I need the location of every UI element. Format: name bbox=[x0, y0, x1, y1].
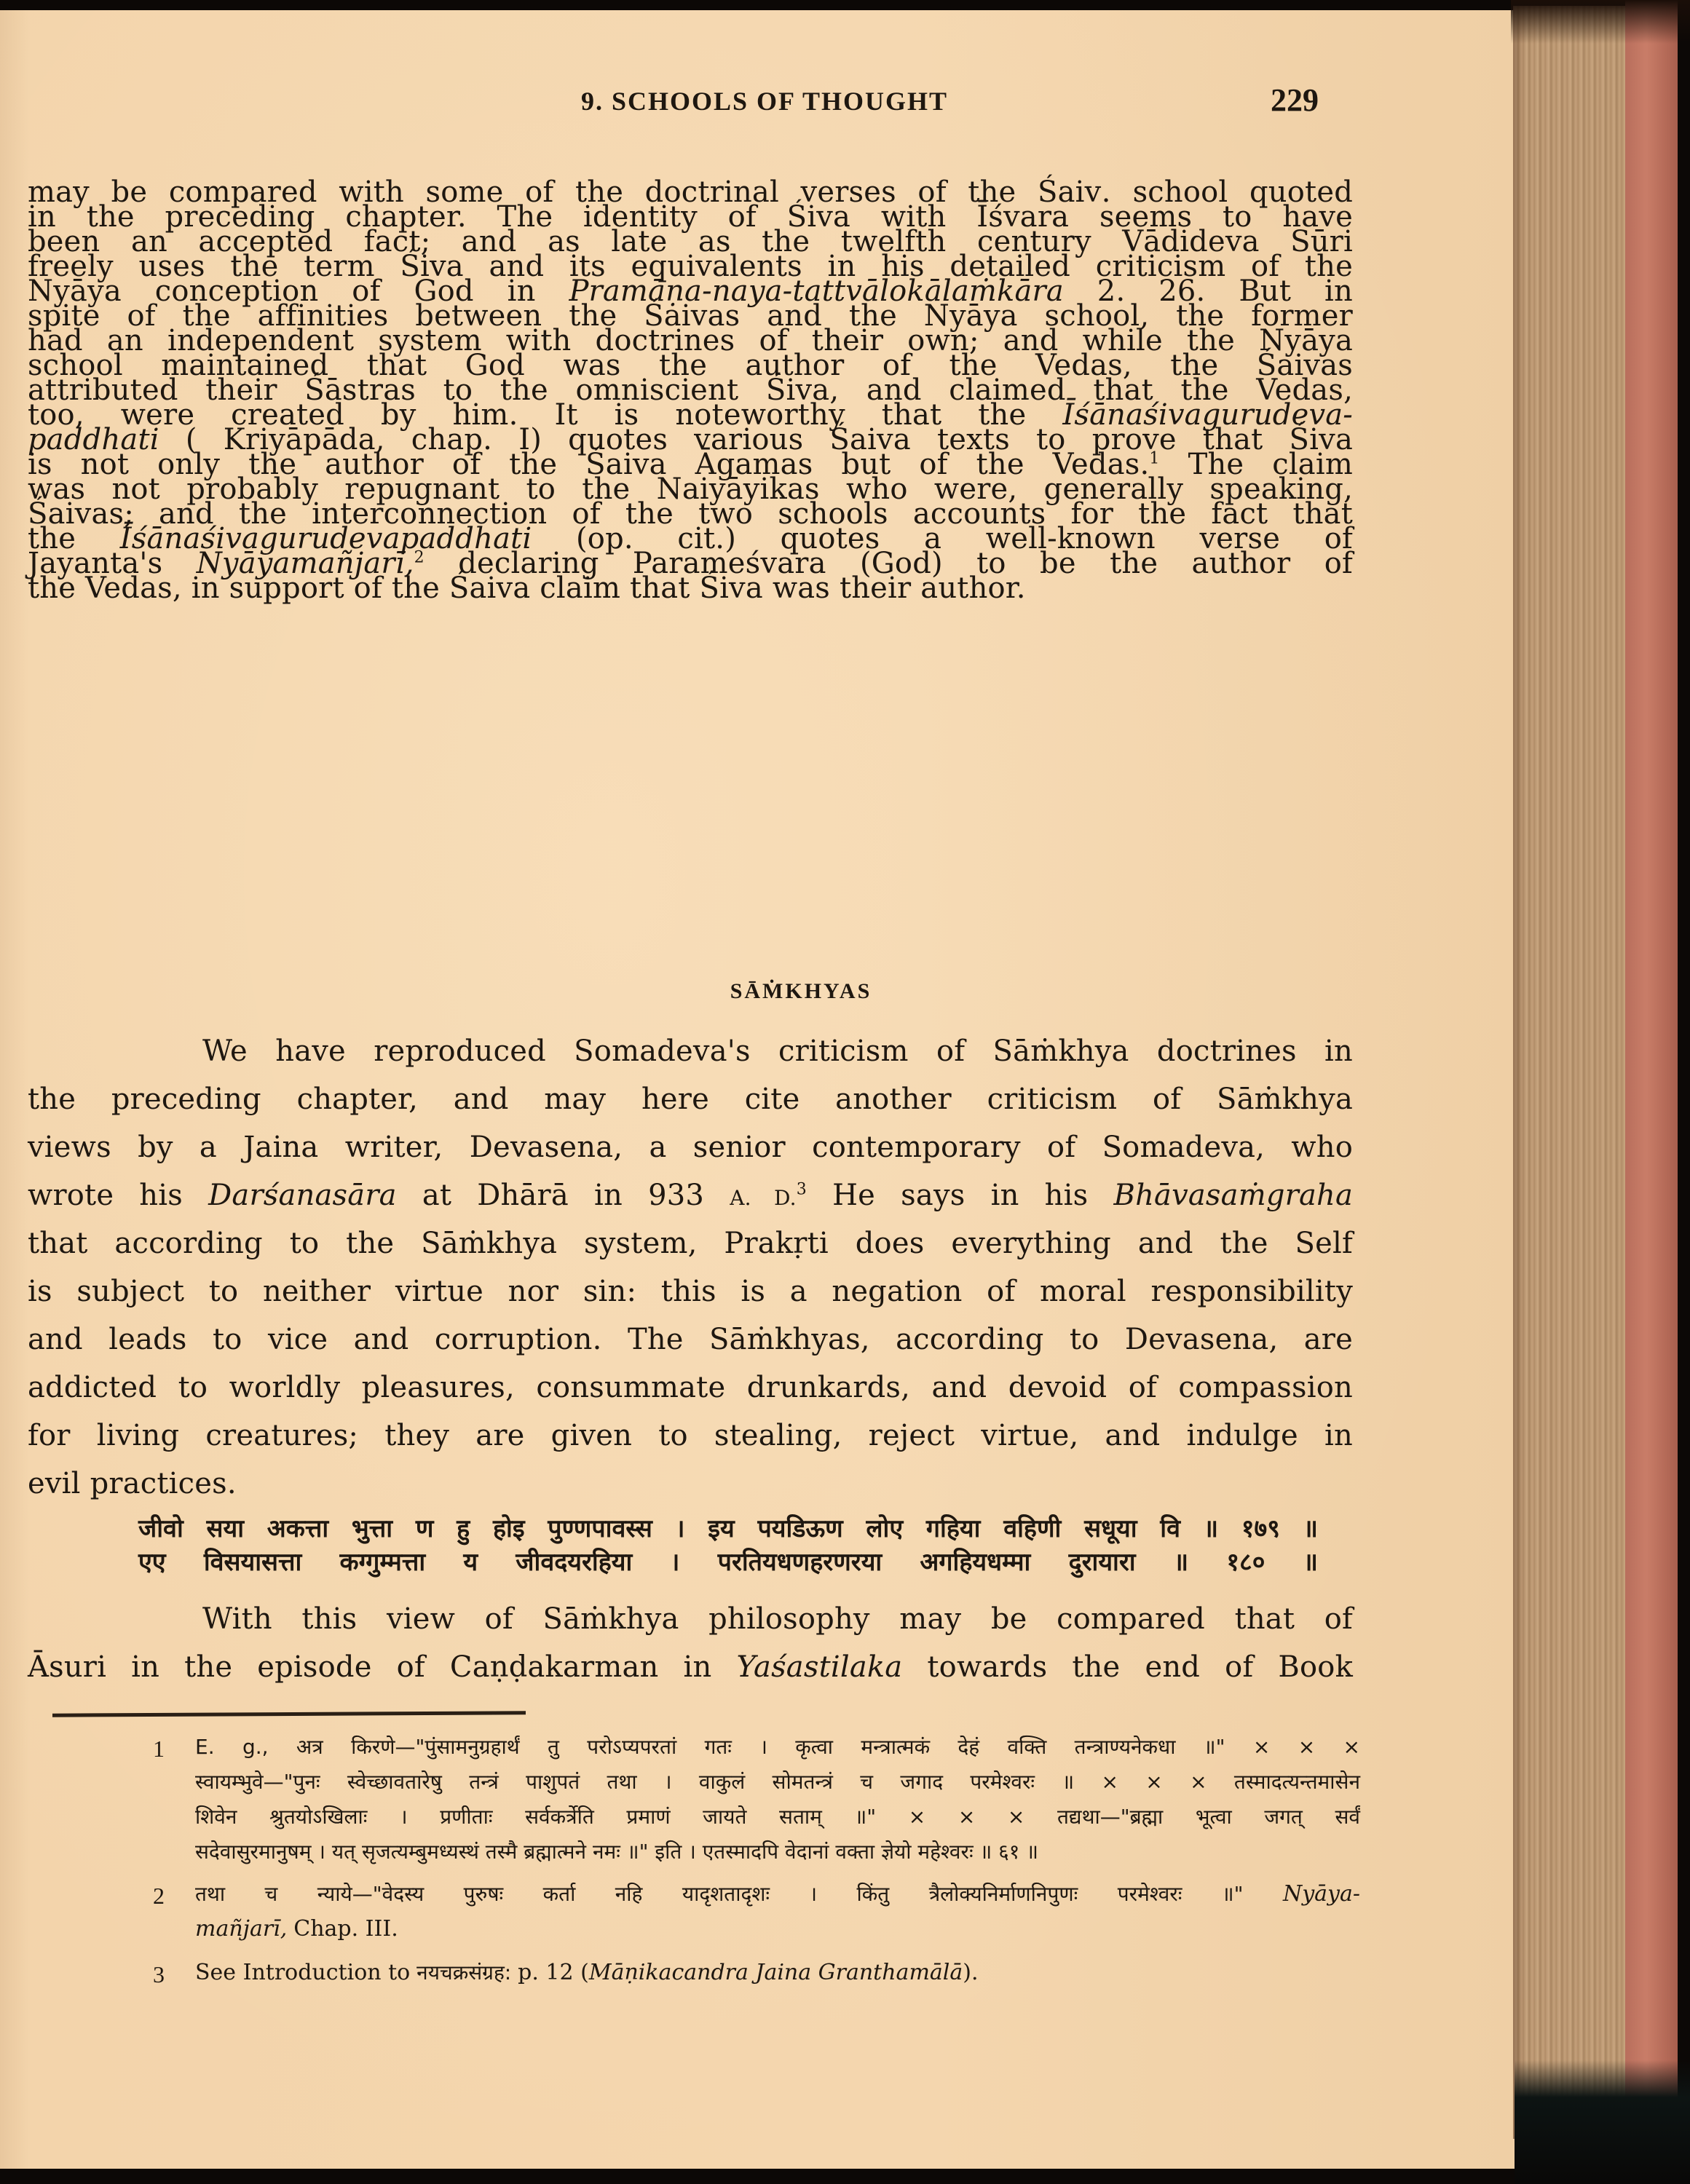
footnote-line: स्वायम्भुवे—"पुनः स्वेच्छावतारेषु तन्त्र… bbox=[195, 1768, 1360, 1797]
footnote-number: 2 bbox=[153, 1883, 165, 1910]
text-line: the Vedas, in support of the Śaiva claim… bbox=[28, 571, 1353, 606]
text-line: that according to the Sāṁkhya system, Pr… bbox=[28, 1226, 1353, 1261]
text-line: addicted to worldly pleasures, consummat… bbox=[28, 1370, 1353, 1405]
title-italic: Nyāya- bbox=[1283, 1881, 1360, 1907]
bottom-shadow bbox=[1515, 2060, 1690, 2184]
footnote-ref: 1 bbox=[1149, 450, 1159, 468]
verse-line: एए विसयासत्ता कग्गुम्मत्ता य जीवदयरहिया … bbox=[138, 1546, 1318, 1578]
footnote-line: E. g., अत्र किरणे—"पुंसामनुग्रहार्थं तु … bbox=[195, 1733, 1360, 1762]
text-line: Āsuri in the episode of Caṇḍakarman in Y… bbox=[28, 1650, 1353, 1685]
title-italic: Māṇikacandra Jaina Granthamālā bbox=[589, 1960, 963, 1985]
title-italic: Yaśastilaka bbox=[737, 1650, 903, 1684]
verse-line: जीवो सया अकत्ता भुत्ता ण हु होइ पुण्णपाव… bbox=[138, 1513, 1318, 1545]
section-heading: SĀṀKHYAS bbox=[655, 979, 947, 1004]
footnote-line: सदेवासुरमानुषम् । यत् सृजत्यम्बुमध्यस्थं… bbox=[195, 1837, 1360, 1867]
running-head: 9. SCHOOLS OF THOUGHT bbox=[510, 86, 1019, 116]
title-italic: mañjarī, bbox=[195, 1916, 287, 1942]
footnote-line: See Introduction to नयचक्रसंग्रह: p. 12 … bbox=[195, 1958, 1360, 1987]
footnote-ref: 2 bbox=[414, 549, 425, 567]
page-number: 229 bbox=[1271, 82, 1319, 119]
footnote-number: 3 bbox=[153, 1961, 165, 1988]
text-line: for living creatures; they are given to … bbox=[28, 1418, 1353, 1453]
text-line: wrote his Darśanasāra at Dhārā in 933 A.… bbox=[28, 1178, 1353, 1216]
text-line: We have reproduced Somadeva's criticism … bbox=[28, 1034, 1353, 1069]
page-edges-stack bbox=[1513, 6, 1630, 2139]
footnote-line: तथा च न्याये—"वेदस्य पुरुषः कर्ता नहि या… bbox=[195, 1880, 1360, 1909]
top-shadow bbox=[1511, 0, 1690, 44]
footnote-line: शिवेन श्रुतयोऽखिलाः । प्रणीताः सर्वकर्त्… bbox=[195, 1803, 1360, 1832]
text-line: views by a Jaina writer, Devasena, a sen… bbox=[28, 1130, 1353, 1165]
era-abbrev: A. D. bbox=[730, 1186, 797, 1210]
text-line: is subject to neither virtue nor sin: th… bbox=[28, 1274, 1353, 1309]
title-italic: Darśanasāra bbox=[208, 1179, 397, 1212]
text-line: the preceding chapter, and may here cite… bbox=[28, 1082, 1353, 1117]
text-line: With this view of Sāṁkhya philosophy may… bbox=[28, 1602, 1353, 1637]
footnote-number: 1 bbox=[153, 1736, 165, 1762]
book-cover-edge bbox=[1625, 0, 1678, 2169]
footnote-ref: 3 bbox=[797, 1181, 807, 1199]
title-italic: Bhāvasaṁgraha bbox=[1113, 1179, 1353, 1212]
footnote-line: mañjarī, Chap. III. bbox=[195, 1915, 1360, 1944]
text-line: evil practices. bbox=[28, 1466, 1353, 1501]
text-line: and leads to vice and corruption. The Sā… bbox=[28, 1322, 1353, 1357]
